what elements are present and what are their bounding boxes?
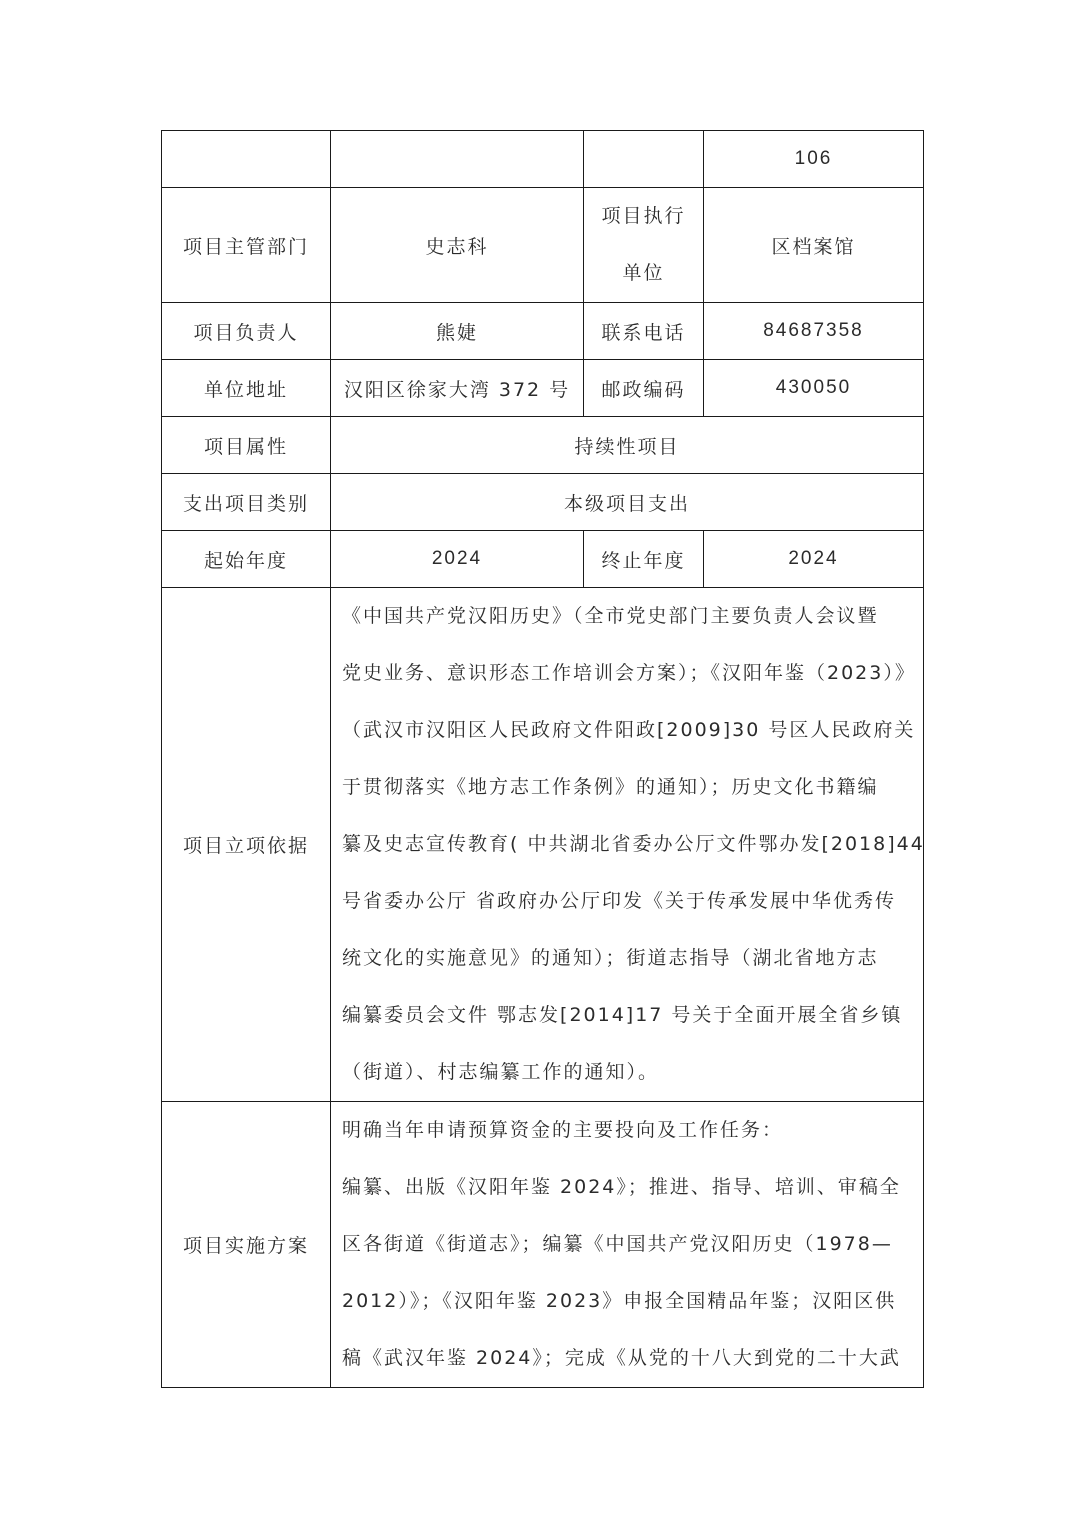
basis-line: （武汉市汉阳区人民政府文件阳政[2009]30 号区人民政府关: [342, 702, 915, 759]
cell-empty-2: [331, 131, 584, 188]
exec-unit-value: 区档案馆: [704, 188, 924, 303]
plan-line: 编纂、出版《汉阳年鉴 2024》；推进、指导、培训、审稿全: [342, 1159, 915, 1216]
table-row-attribute: 项目属性 持续性项目: [162, 417, 924, 474]
basis-line: 纂及史志宣传教育( 中共湖北省委办公厅文件鄂办发[2018]44: [342, 816, 915, 873]
category-label: 支出项目类别: [162, 474, 331, 531]
table-row-basis: 项目立项依据 《中国共产党汉阳历史》（全市党史部门主要负责人会议暨 党史业务、意…: [162, 588, 924, 1102]
plan-line: 2012）》；《汉阳年鉴 2023》申报全国精品年鉴；汉阳区供: [342, 1273, 915, 1330]
basis-line: 党史业务、意识形态工作培训会方案）；《汉阳年鉴（2023）》: [342, 645, 915, 702]
basis-line: 于贯彻落实《地方志工作条例》的通知）；历史文化书籍编: [342, 759, 915, 816]
cell-continued-value: 106: [704, 131, 924, 188]
plan-label: 项目实施方案: [162, 1102, 331, 1388]
phone-value: 84687358: [704, 303, 924, 360]
attribute-label: 项目属性: [162, 417, 331, 474]
basis-text: 《中国共产党汉阳历史》（全市党史部门主要负责人会议暨 党史业务、意识形态工作培训…: [331, 588, 924, 1102]
attribute-value: 持续性项目: [331, 417, 924, 474]
table-row-plan: 项目实施方案 明确当年申请预算资金的主要投向及工作任务： 编纂、出版《汉阳年鉴 …: [162, 1102, 924, 1388]
basis-line: 编纂委员会文件 鄂志发[2014]17 号关于全面开展全省乡镇: [342, 987, 915, 1044]
exec-unit-label-line2: 单位: [584, 245, 703, 302]
cell-empty-1: [162, 131, 331, 188]
basis-line: 号省委办公厅 省政府办公厅印发《关于传承发展中华优秀传: [342, 873, 915, 930]
exec-unit-label: 项目执行 单位: [584, 188, 704, 303]
exec-unit-label-line1: 项目执行: [584, 188, 703, 245]
basis-line: 统文化的实施意见》的通知）；街道志指导（湖北省地方志: [342, 930, 915, 987]
table-row-continued: 106: [162, 131, 924, 188]
category-value: 本级项目支出: [331, 474, 924, 531]
table-row-dept: 项目主管部门 史志科 项目执行 单位 区档案馆: [162, 188, 924, 303]
table-row-years: 起始年度 2024 终止年度 2024: [162, 531, 924, 588]
end-year-label: 终止年度: [584, 531, 704, 588]
cell-empty-3: [584, 131, 704, 188]
phone-label: 联系电话: [584, 303, 704, 360]
plan-text: 明确当年申请预算资金的主要投向及工作任务： 编纂、出版《汉阳年鉴 2024》；推…: [331, 1102, 924, 1388]
address-label: 单位地址: [162, 360, 331, 417]
start-year-value: 2024: [331, 531, 584, 588]
plan-line: 明确当年申请预算资金的主要投向及工作任务：: [342, 1102, 915, 1159]
leader-value: 熊婕: [331, 303, 584, 360]
start-year-label: 起始年度: [162, 531, 331, 588]
basis-line: 《中国共产党汉阳历史》（全市党史部门主要负责人会议暨: [342, 588, 915, 645]
table-row-address: 单位地址 汉阳区徐家大湾 372 号 邮政编码 430050: [162, 360, 924, 417]
basis-label: 项目立项依据: [162, 588, 331, 1102]
postcode-label: 邮政编码: [584, 360, 704, 417]
leader-label: 项目负责人: [162, 303, 331, 360]
project-info-table: 106 项目主管部门 史志科 项目执行 单位 区档案馆 项目负责人 熊婕 联系电…: [161, 130, 924, 1388]
plan-line: 区各街道《街道志》；编纂《中国共产党汉阳历史（1978—: [342, 1216, 915, 1273]
table-row-leader: 项目负责人 熊婕 联系电话 84687358: [162, 303, 924, 360]
table-row-category: 支出项目类别 本级项目支出: [162, 474, 924, 531]
basis-line: （街道）、村志编纂工作的通知）。: [342, 1044, 915, 1101]
plan-line: 稿《武汉年鉴 2024》；完成《从党的十八大到党的二十大武: [342, 1330, 915, 1387]
address-value: 汉阳区徐家大湾 372 号: [331, 360, 584, 417]
dept-value: 史志科: [331, 188, 584, 303]
dept-label: 项目主管部门: [162, 188, 331, 303]
end-year-value: 2024: [704, 531, 924, 588]
document-page: 106 项目主管部门 史志科 项目执行 单位 区档案馆 项目负责人 熊婕 联系电…: [0, 0, 1074, 1520]
postcode-value: 430050: [704, 360, 924, 417]
